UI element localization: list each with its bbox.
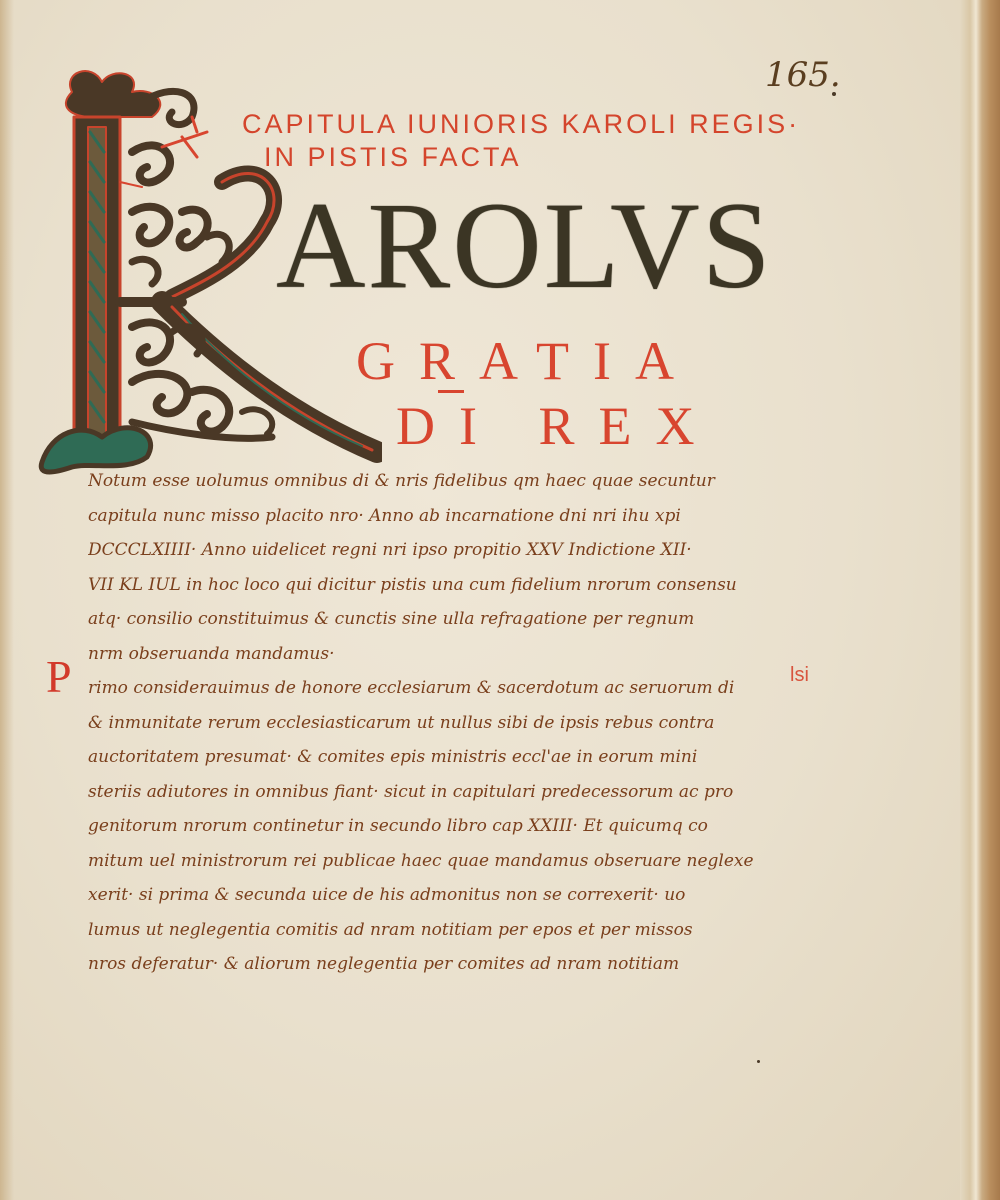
text-line: capitula nunc misso placito nro· Anno ab… [88, 499, 768, 534]
ink-speck [832, 92, 836, 96]
text-line: atq· consilio constituimus & cunctis sin… [88, 602, 768, 637]
text-line: xerit· si prima & secunda uice de his ad… [88, 878, 768, 913]
manuscript-page: 165. CAPITULA IUNIORIS KAROLI REGIS· IN … [0, 0, 960, 1200]
margin-note: lsi [790, 664, 809, 687]
text-line: auctoritatem presumat· & comites epis mi… [88, 740, 768, 775]
text-line: nros deferatur· & aliorum neglegentia pe… [88, 947, 768, 982]
text-line: & inmunitate rerum ecclesiasticarum ut n… [88, 706, 768, 741]
text-line: nrm obseruanda mandamus· [88, 637, 768, 672]
folio-number: 165. [765, 55, 841, 95]
paragraph-initial: P [46, 650, 72, 703]
text-line: VII KL IUL in hoc loco qui dicitur pisti… [88, 568, 768, 603]
title-karolus: AROLVS [276, 186, 773, 306]
page-fore-edge [960, 0, 1000, 1200]
text-line: rimo considerauimus de honore ecclesiaru… [88, 671, 768, 706]
text-line: lumus ut neglegentia comitis ad nram not… [88, 913, 768, 948]
text-line: Notum esse uolumus omnibus di & nris fid… [88, 464, 768, 499]
body-text: Notum esse uolumus omnibus di & nris fid… [88, 464, 768, 982]
gutter-shadow [0, 0, 14, 1200]
subtitle-gratia: GRATIA [356, 330, 698, 392]
text-line: genitorum nrorum continetur in secundo l… [88, 809, 768, 844]
text-line: steriis adiutores in omnibus fiant· sicu… [88, 775, 768, 810]
abbreviation-macron [438, 390, 464, 393]
subtitle-di-rex: DI REX [396, 395, 718, 457]
text-line: mitum uel ministrorum rei publicae haec … [88, 844, 768, 879]
text-line: DCCCLXIIII· Anno uidelicet regni nri ips… [88, 533, 768, 568]
ink-speck [757, 1060, 760, 1063]
